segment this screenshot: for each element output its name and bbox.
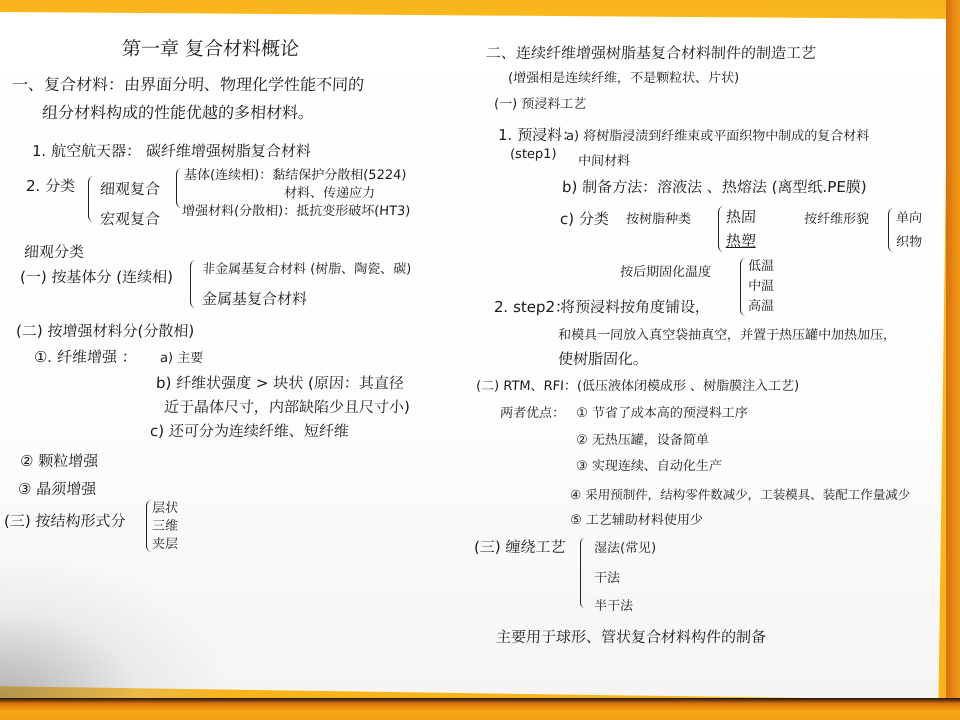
unidirectional: 单向 <box>896 210 923 228</box>
step2-line3: 使树脂固化。 <box>558 350 649 368</box>
winding-dry: 干法 <box>594 570 621 588</box>
winding-semi-dry: 半干法 <box>594 598 634 616</box>
whisker-reinforced: ③ 晶须增强 <box>18 480 97 498</box>
advantage-2: ② 无热压罐，设备简单 <box>576 432 710 450</box>
thermoset: 热固 <box>726 208 757 226</box>
advantage-5: ⑤ 工艺辅助材料使用少 <box>570 512 704 530</box>
high-temp: 高温 <box>748 298 775 316</box>
advantage-1: ① 节省了成本高的预浸料工序 <box>576 405 749 423</box>
aerospace-item: 1. 航空航天器： 碳纤维增强树脂复合材料 <box>32 142 312 160</box>
rtm-rfi-heading: (二) RTM、RFI：(低压液体闭模成形 、树脂膜注入工艺) <box>476 378 800 396</box>
structure-3d: 三维 <box>152 518 179 536</box>
paper-shadow <box>0 560 220 700</box>
chapter-title: 第一章 复合材料概论 <box>122 40 300 58</box>
fiber-point-b-cont: 近于晶体尺寸，内部缺陷少且尺寸小) <box>164 398 411 416</box>
section-2-heading: 二、连续纤维增强树脂基复合材料制件的制造工艺 <box>486 44 817 62</box>
brace <box>190 260 197 308</box>
metal-matrix: 金属基复合材料 <box>202 290 308 308</box>
brace <box>718 206 724 252</box>
thermoplastic: 热塑 <box>726 232 757 250</box>
fiber-point-b: b) 纤维状强度 > 块状 (原因：其直径 <box>156 374 405 392</box>
by-structure-label: (三) 按结构形式分 <box>4 512 126 530</box>
micro-classification-heading: 细观分类 <box>24 243 85 261</box>
winding-wet: 湿法(常见) <box>594 540 657 558</box>
prepreg-step1: (step1) <box>510 146 557 164</box>
classification-label: 2. 分类 <box>26 177 76 195</box>
by-reinforcement-label: (二) 按增强材料分(分散相) <box>16 322 195 340</box>
by-resin-label: 按树脂种类 <box>626 211 692 229</box>
prepreg-methods: b) 制备方法：溶液法 、热熔法 (离型纸.PE膜) <box>562 178 868 196</box>
by-cure-temp-label: 按后期固化温度 <box>620 264 712 282</box>
prepreg-classification: c) 分类 <box>560 210 610 228</box>
prepreg-intermediate: 中间材料 <box>578 153 631 171</box>
brace <box>580 538 585 608</box>
section-1-definition: 组分材料构成的性能优越的多相材料。 <box>42 104 315 122</box>
mid-temp: 中温 <box>748 278 775 296</box>
step2-line1: 将预浸料按角度铺设， <box>560 298 711 316</box>
brace <box>888 208 894 252</box>
brace <box>176 168 182 208</box>
advantage-4: ④ 采用预制件，结构零件数减少，工装模具、装配工作量减少 <box>570 486 911 504</box>
winding-label: (三) 缠绕工艺 <box>474 538 566 556</box>
macro-composite: 宏观复合 <box>100 210 161 228</box>
by-fiber-form-label: 按纤维形貌 <box>804 211 870 229</box>
by-matrix-label: (一) 按基体分 (连续相) <box>20 268 174 286</box>
winding-application: 主要用于球形、管状复合材料构件的制备 <box>496 628 767 646</box>
micro-composite: 细观复合 <box>100 180 161 198</box>
prepreg-heading: (一) 预浸料工艺 <box>494 96 587 114</box>
advantage-3: ③ 实现连续、自动化生产 <box>576 458 723 476</box>
matrix-line-cont: 材料、传递应力 <box>284 185 376 203</box>
non-metal-matrix: 非金属基复合材料 (树脂、陶瓷、碳) <box>202 261 412 279</box>
structure-sandwich: 夹层 <box>152 536 179 554</box>
low-temp: 低温 <box>748 258 775 276</box>
particle-reinforced: ② 颗粒增强 <box>20 452 99 470</box>
fabric: 织物 <box>896 234 923 252</box>
section-1-heading: 一、复合材料：由界面分明、物理化学性能不同的 <box>12 76 365 94</box>
matrix-line: 基体(连续相)：黏结保护分散相(5224) <box>184 167 407 185</box>
fiber-reinforced: ①. 纤维增强 ： <box>34 348 138 366</box>
fiber-point-c: c) 还可分为连续纤维、短纤维 <box>150 422 350 440</box>
brace <box>740 258 746 316</box>
background-edge-bottom <box>0 698 960 720</box>
structure-layered: 层状 <box>152 500 179 518</box>
section-2-note: (增强相是连续纤维，不是颗粒状、片状) <box>508 70 740 88</box>
brace <box>88 176 95 222</box>
background-edge-right <box>946 0 960 720</box>
advantages-label: 两者优点： <box>500 405 566 423</box>
fiber-point-a: a) 主要 <box>160 350 204 368</box>
prepreg-definition: a) 将树脂浸渍到纤维束或平面织物中制成的复合材料 <box>566 128 870 146</box>
reinforcement-line: 增强材料(分散相)：抵抗变形破坏(HT3) <box>182 203 411 221</box>
step2-line2: 和模具一同放入真空袋抽真空，并置于热压罐中加热加压， <box>558 327 897 345</box>
